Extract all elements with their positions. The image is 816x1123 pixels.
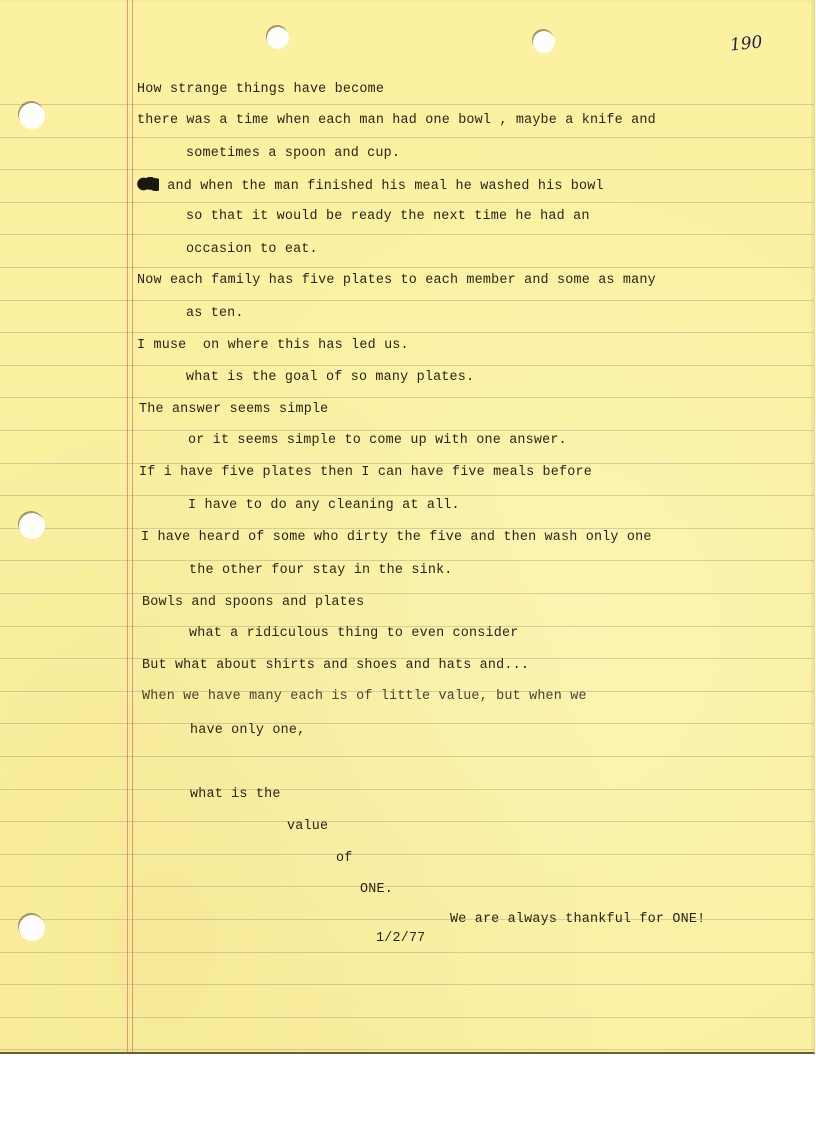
poem-line-18: what a ridiculous thing to even consider <box>189 626 518 641</box>
ruled-line <box>0 854 814 855</box>
ruled-line <box>0 756 814 757</box>
poem-line-8: as ten. <box>186 306 244 321</box>
poem-line-3: sometimes a spoon and cup. <box>186 146 400 161</box>
date: 1/2/77 <box>376 931 425 946</box>
poem-line-24: of <box>336 851 352 866</box>
poem-line-10: what is the goal of so many plates. <box>186 370 474 385</box>
punch-hole-top-left <box>267 27 289 49</box>
ruled-line <box>0 495 814 496</box>
punch-hole-left-middle <box>19 513 45 539</box>
poem-line-12: or it seems simple to come up with one a… <box>188 433 567 448</box>
poem-line-14: I have to do any cleaning at all. <box>188 498 460 513</box>
ruled-line <box>0 300 814 301</box>
ruled-line <box>0 202 814 203</box>
poem-line-22: what is the <box>190 787 281 802</box>
typed-strikeout-mark <box>137 177 159 191</box>
punch-hole-left-top <box>19 103 45 129</box>
poem-line-19: But what about shirts and shoes and hats… <box>142 658 529 673</box>
poem-line-25: ONE. <box>360 882 393 897</box>
ruled-line <box>0 952 814 953</box>
margin-line-right <box>132 0 133 1052</box>
poem-line-9: I muse on where this has led us. <box>137 338 409 353</box>
margin-line-left <box>127 0 128 1052</box>
ruled-line <box>0 723 814 724</box>
ruled-line <box>0 821 814 822</box>
ruled-line <box>0 332 814 333</box>
poem-line-15: I have heard of some who dirty the five … <box>141 530 652 545</box>
ruled-line <box>0 593 814 594</box>
ruled-line <box>0 397 814 398</box>
poem-line-4-text: and when the man finished his meal he wa… <box>167 179 604 194</box>
poem-line-23: value <box>287 819 328 834</box>
ruled-line <box>0 560 814 561</box>
poem-line-21: have only one, <box>190 723 305 738</box>
ruled-line <box>0 463 814 464</box>
poem-line-7: Now each family has five plates to each … <box>137 273 656 288</box>
ruled-line <box>0 169 814 170</box>
ruled-line <box>0 984 814 985</box>
poem-line-13: If i have five plates then I can have fi… <box>139 465 592 480</box>
ruled-line <box>0 1017 814 1018</box>
punch-hole-top-right <box>533 31 555 53</box>
ruled-line <box>0 1049 814 1050</box>
ruled-line <box>0 886 814 887</box>
poem-line-2: there was a time when each man had one b… <box>137 113 656 128</box>
ruled-line <box>0 430 814 431</box>
ruled-line <box>0 528 814 529</box>
poem-line-17: Bowls and spoons and plates <box>142 595 364 610</box>
ruled-line <box>0 137 814 138</box>
closing-line: We are always thankful for ONE! <box>450 912 705 927</box>
poem-line-16: the other four stay in the sink. <box>189 563 453 578</box>
poem-line-11: The answer seems simple <box>139 402 328 417</box>
poem-line-20: When we have many each is of little valu… <box>142 689 587 704</box>
ruled-line <box>0 267 814 268</box>
ruled-line <box>0 789 814 790</box>
ruled-line <box>0 365 814 366</box>
punch-hole-left-bottom <box>19 915 45 941</box>
poem-line-6: occasion to eat. <box>186 242 318 257</box>
legal-pad-page: 190 How strange things have become there… <box>0 0 815 1054</box>
poem-line-5: so that it would be ready the next time … <box>186 209 590 224</box>
poem-line-1: How strange things have become <box>137 82 384 97</box>
ruled-line <box>0 234 814 235</box>
poem-line-4: and when the man finished his meal he wa… <box>137 177 604 194</box>
handwritten-page-number: 190 <box>729 32 763 55</box>
ruled-line <box>0 104 814 105</box>
